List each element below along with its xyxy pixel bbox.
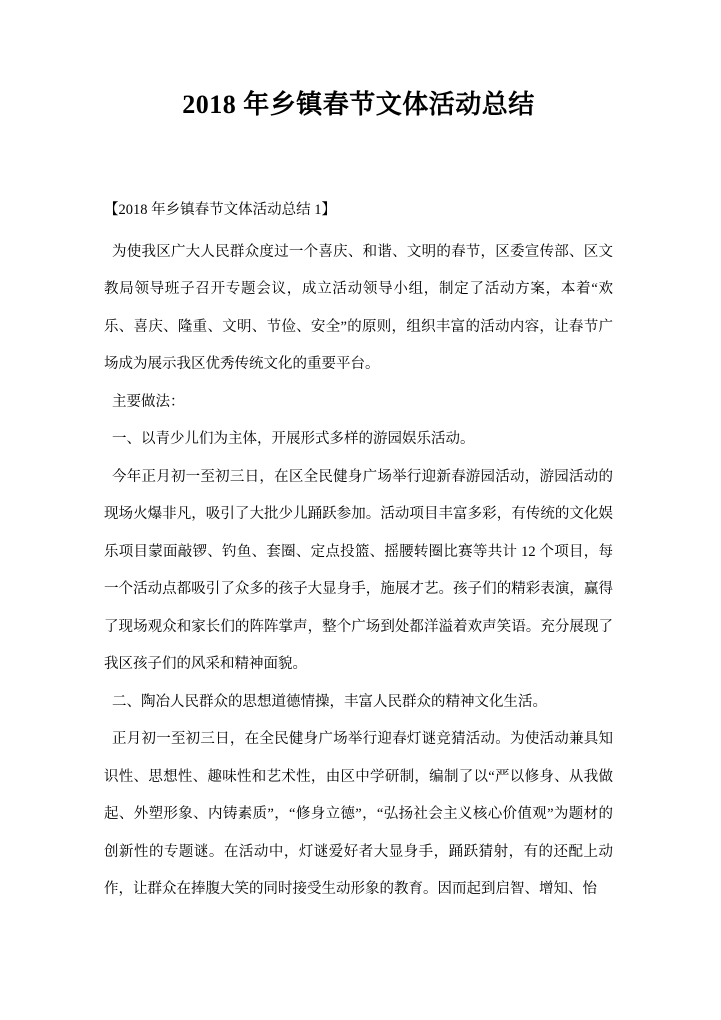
paragraph: 二、陶冶人民群众的思想道德情操，丰富人民群众的精神文化生活。 [104, 684, 613, 722]
section-header: 【2018 年乡镇春节文体活动总结 1】 [104, 192, 613, 230]
paragraph: 今年正月初一至初三日，在区全民健身广场举行迎新春游园活动，游园活动的现场火爆非凡… [104, 459, 613, 684]
document-page: 2018 年乡镇春节文体活动总结 【2018 年乡镇春节文体活动总结 1】为使我… [0, 0, 721, 1020]
document-body: 【2018 年乡镇春节文体活动总结 1】为使我区广大人民群众度过一个喜庆、和谐、… [104, 192, 613, 909]
paragraph: 正月初一至初三日，在全民健身广场举行迎春灯谜竞猜活动。为使活动兼具知识性、思想性… [104, 721, 613, 909]
document-title: 2018 年乡镇春节文体活动总结 [104, 88, 613, 122]
paragraph: 主要做法： [104, 384, 613, 422]
paragraph: 为使我区广大人民群众度过一个喜庆、和谐、文明的春节，区委宣传部、区文教局领导班子… [104, 234, 613, 384]
paragraph: 一、以青少儿们为主体，开展形式多样的游园娱乐活动。 [104, 421, 613, 459]
